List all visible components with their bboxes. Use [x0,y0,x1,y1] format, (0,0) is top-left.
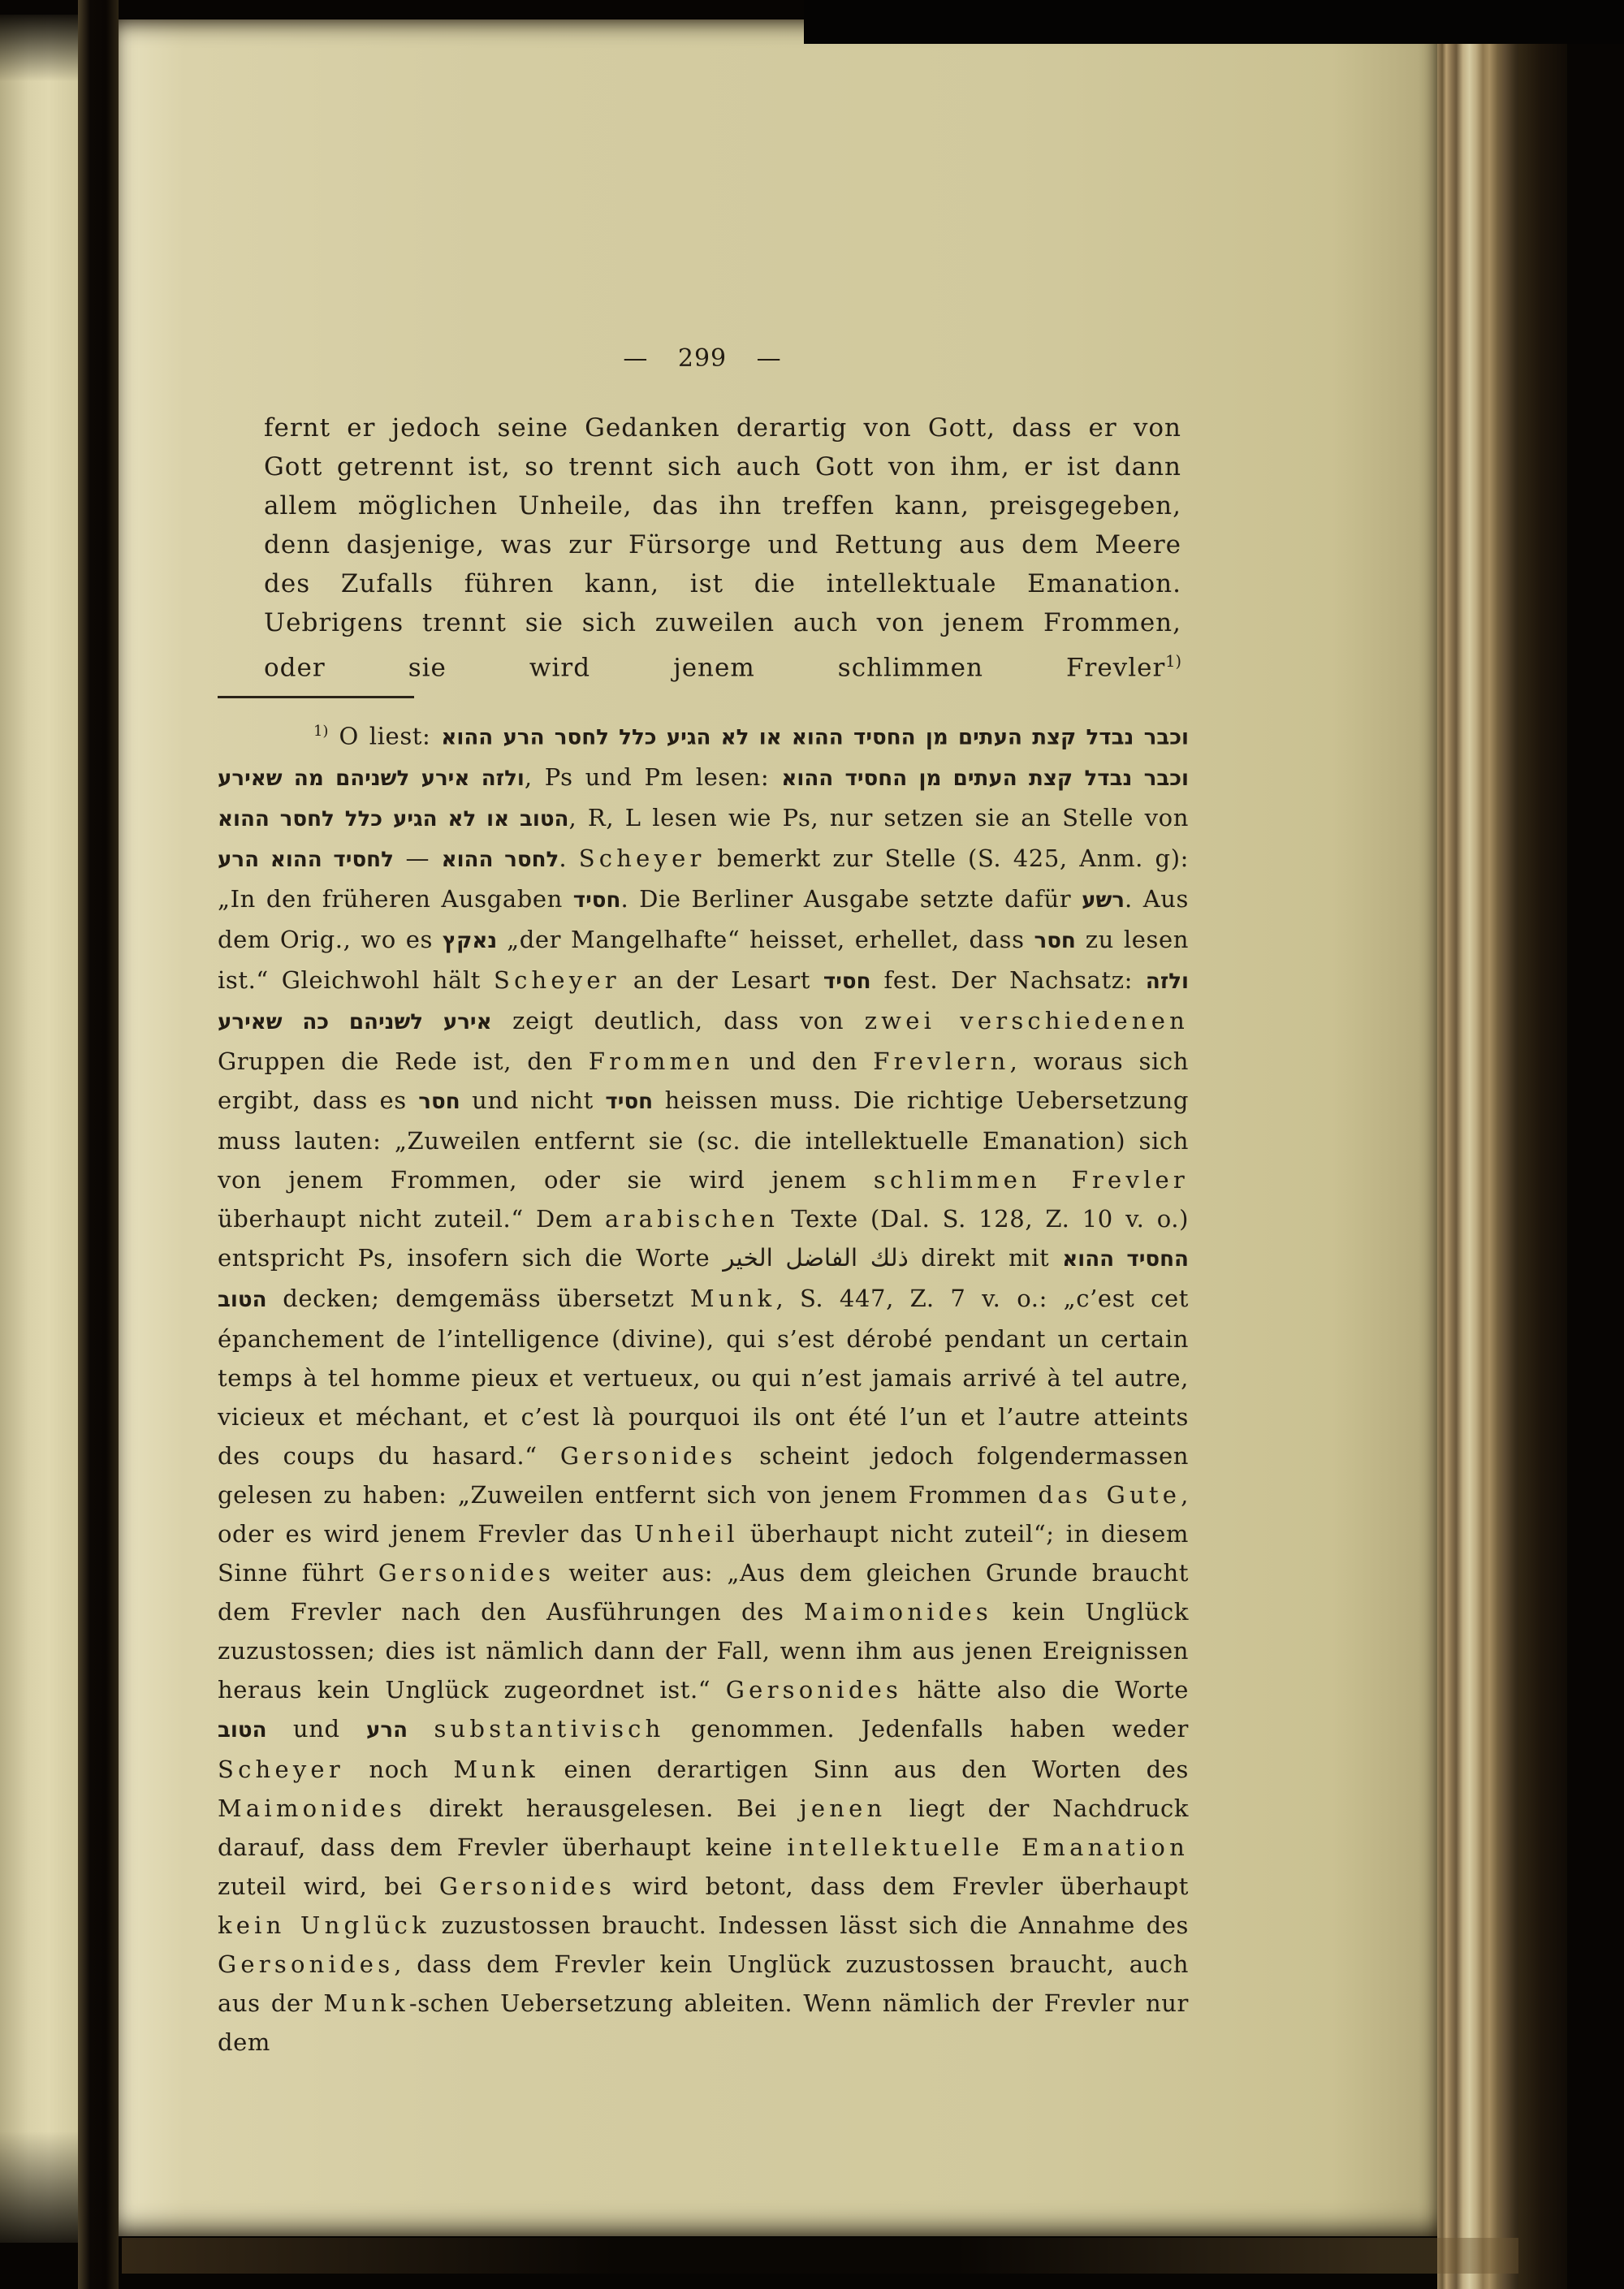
spaced-text: Gersonides [439,1872,615,1900]
german-text: direkt herausgelesen. Bei [406,1794,800,1822]
footnote-marker: 1) [313,723,328,740]
hebrew-text: חסר [418,1090,460,1114]
german-text: fernt er jedoch seine Gedanken derartig … [264,413,1181,682]
footnote-marker: 1) [1165,652,1181,671]
hebrew-text: הטוב [218,1718,267,1743]
german-text: an der Lesart [620,966,823,994]
spaced-text: Maimonides [804,1598,992,1626]
spaced-text: Gersonides [560,1442,736,1470]
german-text: . Die Berliner Ausgabe setzte dafür [620,885,1082,913]
spaced-text: Unheil [634,1520,739,1548]
main-paragraph: fernt er jedoch seine Gedanken derartig … [264,408,1181,687]
spaced-text: arabischen [605,1205,779,1233]
german-text: , R, L lesen wie Ps, nur setzen sie an S… [568,804,1189,831]
footnote: 1) O liest: וכבר נבדל קצת העתים מן החסיד… [218,712,1189,2062]
spaced-text: kein Unglück [218,1911,430,1939]
spaced-text: Scheyer [218,1756,344,1783]
german-text: zuzustossen braucht. Indessen lässt sich… [430,1911,1189,1939]
hebrew-text: חסר [1034,929,1075,953]
german-text: und [267,1715,367,1743]
spaced-text: Munk [453,1756,539,1783]
book-scan-photo: { "page": { "header": { "page_number": "… [0,0,1624,2289]
german-text: zeigt deutlich, dass von [492,1007,865,1034]
spaced-text: schlimmen Frevler [874,1166,1189,1194]
german-text: hätte also die Worte [902,1676,1189,1704]
hebrew-text: הרע [366,1718,408,1743]
german-text: decken; demgemäss übersetzt [267,1285,690,1312]
spaced-text: intellektuelle Emanation [787,1833,1189,1861]
spaced-text: Gersonides [218,1950,394,1978]
german-text: — [394,844,442,872]
hebrew-text: חסיד [823,970,871,994]
spaced-text: zwei verschiedenen [865,1007,1189,1034]
german-text: fest. Der Nachsatz: [871,966,1146,994]
german-text: , Ps und Pm lesen: [525,763,782,791]
spaced-text: Frevlern [873,1047,1009,1075]
spaced-text: Gersonides [378,1559,555,1587]
bottom-edge-shadow [122,2238,1518,2274]
adjacent-page-edge [0,15,81,2243]
spaced-text: das Gute [1038,1481,1181,1509]
hebrew-text: רשע [1082,888,1125,913]
german-text: Gruppen die Rede ist, den [218,1047,589,1075]
book-cover-edge [1518,0,1567,2289]
german-text: einen derartigen Sinn aus den Worten des [539,1756,1189,1783]
spaced-text: Scheyer [494,966,620,994]
top-edge-shadow [804,0,1624,44]
spaced-text: substantivisch [434,1715,664,1743]
german-text: wird betont, dass dem Frevler überhaupt [615,1872,1189,1900]
german-text: und nicht [460,1086,606,1114]
hebrew-text: חסיד [605,1090,653,1114]
footnote-rule [218,696,414,698]
hebrew-text: נאקץ [443,929,497,953]
hebrew-text: לחסר ההוא [442,848,559,872]
hebrew-text: לחסיד ההוא הרע [218,848,394,872]
german-text: . [559,844,578,872]
gutter-shadow [78,0,119,2289]
page-number: — 299 — [219,344,1186,373]
german-text: O liest: [328,723,441,750]
german-text: zuteil wird, bei [218,1872,439,1900]
german-text: und den [734,1047,874,1075]
german-text: „der Mangelhafte“ heisset, erhellet, das… [497,926,1034,953]
spaced-text: Frommen [589,1047,734,1075]
german-text: noch [344,1756,454,1783]
german-text [408,1715,434,1743]
hebrew-text: חסיד [573,888,621,913]
spaced-text: Gersonides [726,1676,902,1704]
german-text: direkt mit [909,1244,1062,1272]
german-text: überhaupt nicht zuteil.“ Dem [218,1205,605,1233]
spaced-text: jenen [800,1794,887,1822]
fore-edge-pages [1437,0,1520,2289]
spaced-text: Scheyer [579,844,706,872]
german-text: genommen. Jedenfalls haben weder [665,1715,1189,1743]
spaced-text: Munk [690,1285,776,1312]
spaced-text: Maimonides [218,1794,406,1822]
arabic-text: ذلك الفاضل الخير [723,1244,909,1272]
spaced-text: Munk [323,1989,409,2017]
